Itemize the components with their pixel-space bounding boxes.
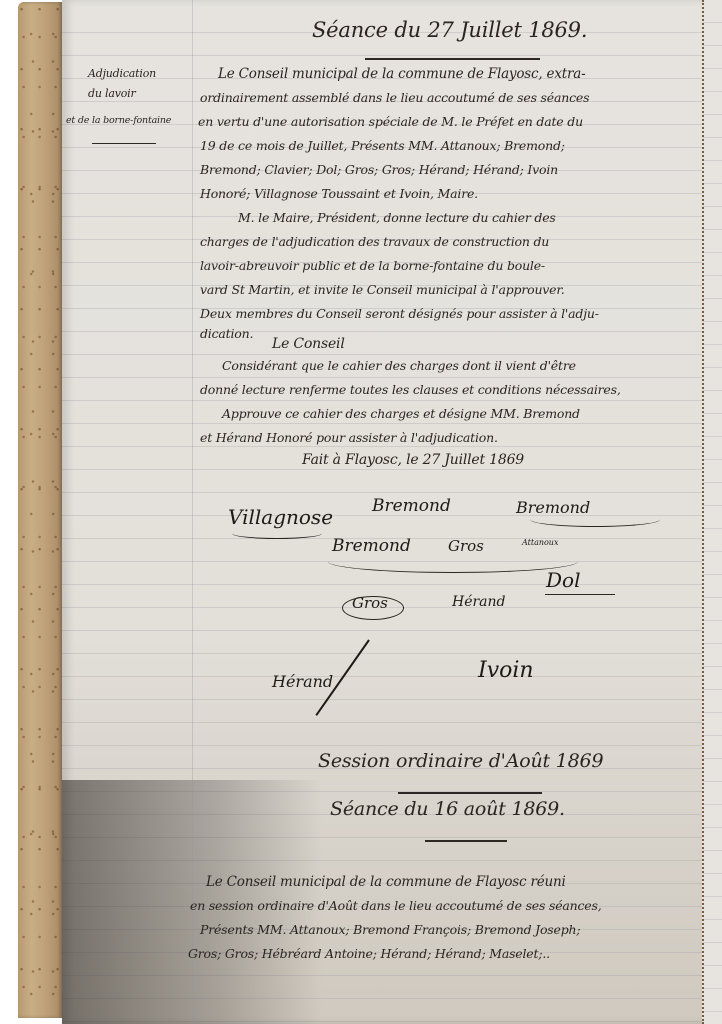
- signature-flourish: [328, 550, 578, 573]
- minutes-line: M. le Maire, Président, donne lecture du…: [238, 210, 556, 225]
- signature: Ivoin: [478, 658, 534, 683]
- session-title: Séance du 16 août 1869.: [330, 798, 565, 820]
- session-period-title: Session ordinaire d'Août 1869: [318, 750, 603, 772]
- signature-flourish: [232, 528, 322, 539]
- minutes-line: Bremond; Clavier; Dol; Gros; Gros; Héran…: [200, 162, 558, 177]
- minutes-line: vard St Martin, et invite le Conseil mun…: [200, 282, 565, 297]
- resolution-line: Considérant que le cahier des charges do…: [222, 358, 576, 373]
- signature: Attanoux: [522, 538, 558, 547]
- minutes-line: Le Conseil municipal de la commune de Fl…: [206, 874, 566, 890]
- signature-underline: [545, 594, 615, 595]
- margin-note-underline: [92, 143, 156, 144]
- resolution-line: Approuve ce cahier des charges et désign…: [222, 406, 580, 421]
- signature: Bremond: [372, 496, 451, 516]
- council-heading: Le Conseil: [272, 336, 345, 352]
- minutes-line: en session ordinaire d'Août dans le lieu…: [190, 898, 601, 913]
- margin-line: [192, 0, 193, 1024]
- title-underline: [425, 840, 507, 842]
- signature: Hérand: [272, 672, 333, 691]
- minutes-line: Gros; Gros; Hébréard Antoine; Hérand; Hé…: [188, 946, 550, 961]
- resolution-line: et Hérand Honoré pour assister à l'adjud…: [200, 430, 498, 445]
- signature-flourish: [342, 596, 404, 620]
- margin-note-line: Adjudication: [88, 67, 156, 80]
- minutes-line: ordinairement assemblé dans le lieu acco…: [200, 90, 589, 105]
- resolution-line: donné lecture renferme toutes les clause…: [200, 382, 621, 397]
- margin-note-line: et de la borne-fontaine: [66, 115, 171, 126]
- minutes-line: Le Conseil municipal de la commune de Fl…: [218, 66, 585, 82]
- minutes-line: Honoré; Villagnose Toussaint et Ivoin, M…: [200, 186, 478, 201]
- minutes-line: Deux membres du Conseil seront désignés …: [200, 306, 599, 321]
- signature: Hérand: [452, 594, 506, 610]
- closing-line: Fait à Flayosc, le 27 Juillet 1869: [302, 452, 524, 468]
- session-title: Séance du 27 Juillet 1869.: [312, 18, 587, 42]
- minutes-line: lavoir-abreuvoir public et de la borne-f…: [200, 258, 545, 273]
- minutes-line: Présents MM. Attanoux; Bremond François;…: [200, 922, 580, 937]
- minutes-line: en vertu d'une autorisation spéciale de …: [198, 114, 583, 129]
- signature: Villagnose: [228, 505, 333, 529]
- minutes-line: dication.: [200, 326, 253, 341]
- session-period-underline: [398, 792, 542, 794]
- signature: Dol: [546, 568, 580, 592]
- minutes-line: charges de l'adjudication des travaux de…: [200, 234, 549, 249]
- adjacent-page-edge: [702, 0, 722, 1024]
- margin-note-line: du lavoir: [88, 87, 136, 100]
- signature-flourish: [530, 512, 660, 527]
- title-underline: [365, 58, 540, 60]
- minutes-line: 19 de ce mois de Juillet, Présents MM. A…: [200, 138, 565, 153]
- page-stack-edge: [18, 2, 62, 1018]
